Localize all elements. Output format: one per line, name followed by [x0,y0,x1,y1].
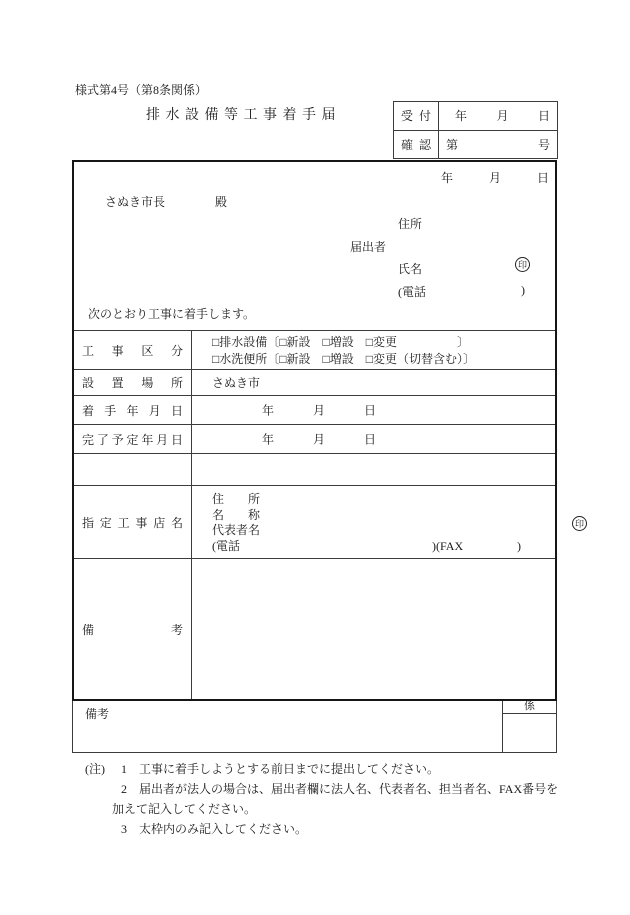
notes-mark: (注) [85,760,105,777]
confirm-row: 確認 第 号 [394,130,557,159]
blank-value-cell [192,454,555,485]
installation-place-value-cell: さぬき市 [192,370,555,395]
table-row-completion-date: 完了予定年月日 年 月 日 [74,424,555,453]
start-date-placeholder: 年 月 日 [262,402,376,419]
receipt-date-placeholder: 年 月 日 [439,107,557,124]
receipt-date-cell: 年 月 日 [439,102,557,130]
declaration-text: 次のとおり工事に着手します。 [88,305,255,322]
form-number: 様式第4号（第8条関係） [75,81,207,98]
declarant-seal-icon: 印 [515,257,530,272]
page-title: 排 水 設 備 等 工 事 着 手 届 [146,104,337,124]
designated-contractor-value-cell: 住 所 名 称 代表者名 (電話 )(FAX ) 印 [192,486,555,558]
work-category-label: 工事区分 [74,342,191,359]
recipient-name: さぬき市長 [105,193,165,210]
checkbox-line-flush-toilet: □水洗便所〔□新設 □増設 □変更（切替含む）〕 [212,351,555,368]
checkbox-line-drainage: □排水設備〔□新設 □増設 □変更 〕 [212,334,555,351]
declarant-phone-close: ) [521,283,525,298]
completion-date-label: 完了予定年月日 [74,431,191,448]
seal-character: 印 [518,258,527,272]
receipt-label: 受付 [394,107,438,124]
table-row-start-date: 着手年月日 年 月 日 [74,395,555,424]
installation-place-label-cell: 設置場所 [74,370,192,395]
start-date-value-cell: 年 月 日 [192,396,555,424]
completion-date-placeholder: 年 月 日 [262,431,376,448]
work-category-label-cell: 工事区分 [74,331,192,369]
installation-place-label: 設置場所 [74,374,191,391]
declarant-label: 届出者 [350,238,386,255]
confirm-label-cell: 確認 [394,131,439,159]
start-date-label-cell: 着手年月日 [74,396,192,424]
office-remarks-box: 備考 係 [72,701,557,753]
note-line-4: 3 太枠内のみ記入してください。 [121,820,307,837]
confirm-number-cell: 第 号 [439,131,557,159]
contractor-fax-close: ) [517,539,521,555]
blank-label-cell [74,454,192,485]
declarant-name-label: 氏名 [398,260,422,277]
seal-character: 印 [575,517,584,531]
declarant-address-label: 住所 [398,215,422,232]
completion-date-value-cell: 年 月 日 [192,425,555,453]
staff-column-label: 係 [503,701,556,714]
form-table: 工事区分 □排水設備〔□新設 □増設 □変更 〕 □水洗便所〔□新設 □増設 □… [74,330,555,699]
staff-column: 係 [502,701,556,752]
confirm-number-suffix: 号 [538,136,550,153]
receipt-confirm-box: 受付 年 月 日 確認 第 号 [393,101,558,159]
start-date-label: 着手年月日 [74,402,191,419]
table-row-installation-place: 設置場所 さぬき市 [74,369,555,395]
table-row-blank [74,453,555,485]
note-line-1: 1 工事に着手しようとする前日までに提出してください。 [121,760,439,777]
remarks-label: 備考 [74,621,191,638]
contractor-name-label: 名 称 [212,508,555,524]
installation-place-value: さぬき市 [192,370,555,395]
table-row-designated-contractor: 指定工事店名 住 所 名 称 代表者名 (電話 )(FAX ) 印 [74,485,555,558]
contractor-address-label: 住 所 [212,492,555,508]
submission-date-placeholder: 年 月 日 [441,169,549,186]
table-row-work-category: 工事区分 □排水設備〔□新設 □増設 □変更 〕 □水洗便所〔□新設 □増設 □… [74,330,555,369]
main-form-box: 年 月 日 さぬき市長 殿 住所 届出者 氏名 印 (電話 ) 次のとおり工事に… [72,160,557,701]
office-remarks-label: 備考 [85,705,109,722]
contractor-representative-label: 代表者名 [212,523,555,539]
contractor-seal-icon: 印 [572,516,587,531]
contractor-phone-label: (電話 [212,539,240,555]
remarks-label-cell: 備考 [74,559,192,699]
receipt-row: 受付 年 月 日 [394,102,557,130]
confirm-number-prefix: 第 [446,136,458,153]
declarant-phone-label: (電話 [398,283,426,300]
note-line-3: 加えて記入してください。 [112,800,256,817]
contractor-fax-label: )(FAX [432,539,463,555]
completion-date-label-cell: 完了予定年月日 [74,425,192,453]
receipt-label-cell: 受付 [394,102,439,130]
form-page: 様式第4号（第8条関係） 排 水 設 備 等 工 事 着 手 届 受付 年 月 … [0,0,630,915]
note-line-2: 2 届出者が法人の場合は、届出者欄に法人名、代表者名、担当者名、FAX番号を [121,780,558,797]
designated-contractor-label: 指定工事店名 [74,514,191,531]
remarks-value-cell [192,559,555,699]
recipient-honorific: 殿 [215,193,227,210]
table-row-remarks: 備考 [74,558,555,699]
designated-contractor-label-cell: 指定工事店名 [74,486,192,558]
work-category-value-cell: □排水設備〔□新設 □増設 □変更 〕 □水洗便所〔□新設 □増設 □変更（切替… [192,331,555,369]
confirm-label: 確認 [394,136,438,153]
